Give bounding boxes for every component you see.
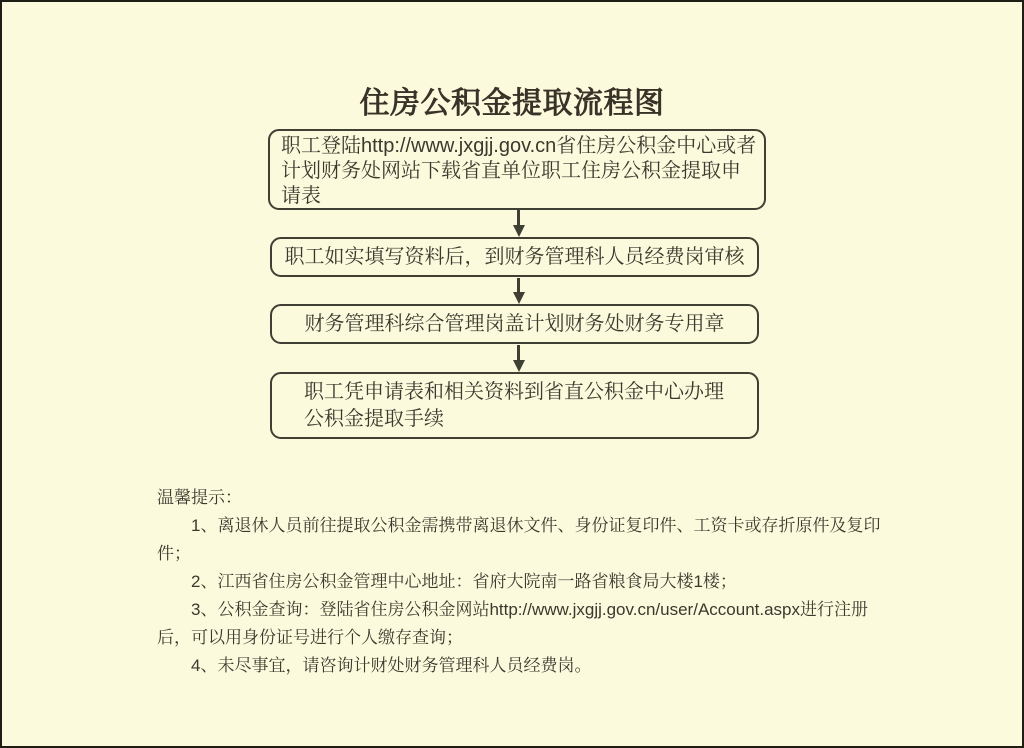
- flow-arrow-line: [517, 278, 520, 293]
- flow-step-text: 职工如实填写资料后，到财务管理科人员经费岗审核: [285, 245, 745, 270]
- flow-arrow-down-icon: [513, 225, 525, 237]
- flow-arrow-down-icon: [513, 360, 525, 372]
- flow-step-text: 职工登陆http://www.jxgjj.gov.cn省住房公积金中心或者计划财…: [281, 135, 756, 207]
- flow-arrow-line: [517, 345, 520, 361]
- flow-step-text: 职工凭申请表和相关资料到省直公积金中心办理公积金提取手续: [304, 379, 737, 433]
- flow-arrow-down-icon: [513, 292, 525, 304]
- flow-step-download-form: 职工登陆http://www.jxgjj.gov.cn省住房公积金中心或者计划财…: [268, 129, 766, 210]
- flow-step-stamp: 财务管理科综合管理岗盖计划财务处财务专用章: [270, 304, 759, 344]
- flow-arrow-line: [517, 208, 520, 226]
- tip-item-4: 4、未尽事宜，请咨询计财处财务管理科人员经费岗。: [157, 652, 899, 680]
- flow-step-fill-review: 职工如实填写资料后，到财务管理科人员经费岗审核: [270, 237, 759, 277]
- flow-step-withdraw: 职工凭申请表和相关资料到省直公积金中心办理公积金提取手续: [270, 372, 759, 439]
- flow-step-text: 财务管理科综合管理岗盖计划财务处财务专用章: [305, 312, 725, 337]
- tips-section: 温馨提示： 1、离退休人员前往提取公积金需携带离退休文件、身份证复印件、工资卡或…: [157, 484, 899, 680]
- tip-item-1: 1、离退休人员前往提取公积金需携带离退休文件、身份证复印件、工资卡或存折原件及复…: [157, 512, 899, 568]
- flowchart-page: 住房公积金提取流程图 职工登陆http://www.jxgjj.gov.cn省住…: [0, 0, 1024, 748]
- tips-heading: 温馨提示：: [157, 484, 899, 512]
- tip-item-3: 3、公积金查询：登陆省住房公积金网站http://www.jxgjj.gov.c…: [157, 596, 899, 652]
- tip-item-2: 2、江西省住房公积金管理中心地址：省府大院南一路省粮食局大楼1楼；: [157, 568, 899, 596]
- page-title: 住房公积金提取流程图: [2, 78, 1022, 122]
